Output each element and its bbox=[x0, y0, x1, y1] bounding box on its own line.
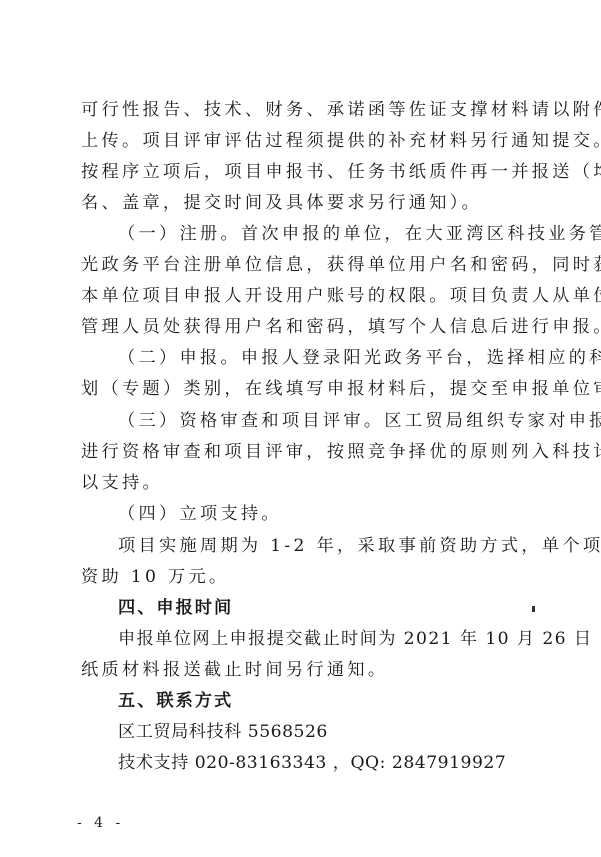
body-text-line: 资助 10 万元。 bbox=[81, 566, 537, 588]
body-text-line: 进行资格审查和项目评审，按照竞争择优的原则列入科技计划予 bbox=[81, 441, 537, 463]
contact-tech-support: 技术支持 020-83163343 ，QQ: 2847919927 bbox=[118, 752, 537, 774]
body-text-line: 项目实施周期为 1-2 年，采取事前资助方式，单个项目最高 bbox=[118, 535, 537, 557]
body-text-line: 可行性报告、技术、财务、承诺函等佐证支撑材料请以附件形式 bbox=[81, 99, 537, 121]
section-apply-text: （二）申报。申报人登录阳光政务平台，选择相应的科技计 bbox=[118, 347, 537, 369]
scan-speck bbox=[532, 606, 535, 612]
body-text-line: 名、盖章，提交时间及具体要求另行通知）。 bbox=[81, 192, 537, 214]
document-page: 可行性报告、技术、财务、承诺函等佐证支撑材料请以附件形式 上传。项目评审评估过程… bbox=[0, 0, 601, 857]
body-text-line: 纸质材料报送截止时间另行通知。 bbox=[81, 659, 537, 681]
body-text-line: 按程序立项后，项目申报书、任务书纸质件再一并报送（均需签 bbox=[81, 161, 537, 183]
section-support-text: （四）立项支持。 bbox=[118, 503, 537, 525]
heading-contact: 五、联系方式 bbox=[118, 690, 537, 712]
body-text-line: 本单位项目申报人开设用户账号的权限。项目负责人从单位科研 bbox=[81, 285, 537, 307]
section-register-text: （一）注册。首次申报的单位，在大亚湾区科技业务管理阳 bbox=[118, 223, 537, 245]
body-text-line: 上传。项目评审评估过程须提供的补充材料另行通知提交。项目 bbox=[81, 130, 537, 152]
contact-office: 区工贸局科技科 5568526 bbox=[118, 721, 537, 743]
section-review-text: （三）资格审查和项目评审。区工贸局组织专家对申报单位 bbox=[118, 410, 537, 432]
body-text-line: 以支持。 bbox=[81, 472, 537, 494]
page-number: - 4 - bbox=[77, 815, 124, 831]
body-text-line: 划（专题）类别，在线填写申报材料后，提交至申报单位审核。 bbox=[81, 378, 537, 400]
deadline-text: 申报单位网上申报提交截止时间为 2021 年 10 月 26 日 17 时， bbox=[118, 628, 537, 650]
heading-application-time: 四、申报时间 bbox=[118, 597, 537, 619]
body-text-line: 管理人员处获得用户名和密码，填写个人信息后进行申报。 bbox=[81, 316, 537, 338]
body-text-line: 光政务平台注册单位信息，获得单位用户名和密码，同时获得为 bbox=[81, 254, 537, 276]
